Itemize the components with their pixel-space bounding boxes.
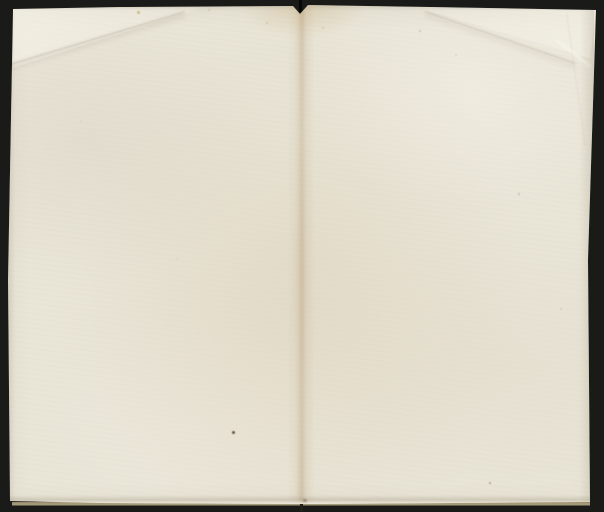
paper-right-edge-shadow (580, 10, 594, 502)
page-left (0, 0, 301, 512)
center-fold-crease (288, 4, 314, 506)
mat-seam-top (299, 0, 302, 12)
foxing-spot (489, 482, 491, 484)
foxing-spot (80, 120, 82, 122)
document-scan (0, 0, 604, 512)
paper-left-edge-shadow (8, 10, 15, 502)
paper-top-edge-shadow (14, 5, 592, 11)
page-right (301, 0, 604, 512)
foxing-spot (137, 11, 140, 14)
foxing-spot (560, 308, 562, 310)
foxing-spot (176, 258, 178, 260)
foxing-spot (518, 193, 520, 195)
foxing-spot (419, 30, 421, 32)
foxing-spot (266, 22, 268, 24)
foxing-spot (232, 431, 235, 434)
foxing-spot (455, 54, 457, 56)
foxing-spot (322, 27, 324, 29)
folded-letter-sheet (0, 0, 604, 512)
